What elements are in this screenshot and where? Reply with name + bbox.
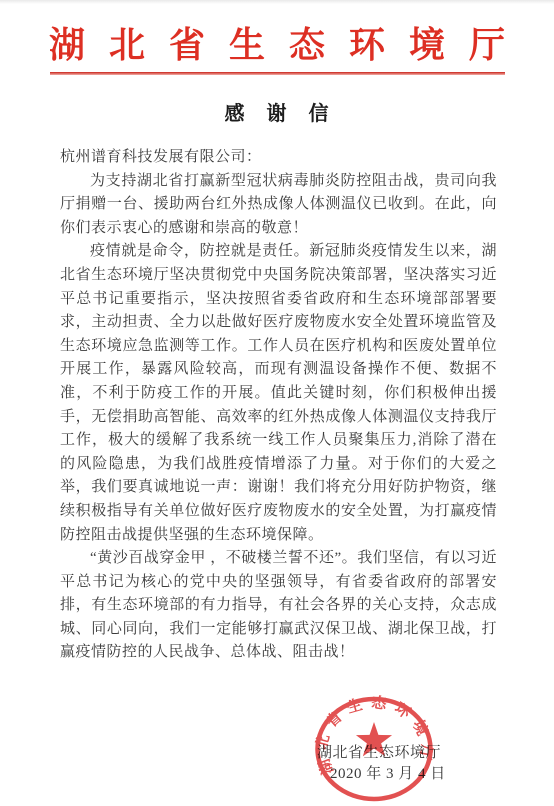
official-seal: 湖北省生态环境厅 [304, 684, 444, 806]
paragraph: “黄沙百战穿金甲 ，不破楼兰誓不还”。我们坚信，有以习近平总书记为核心的党中央的… [60, 547, 497, 665]
paragraph: 疫情就是命令，防控就是责任。新冠肺炎疫情发生以来，湖北省生态环境厅坚决贯彻党中央… [60, 240, 497, 547]
letter-body: 杭州谱育科技发展有限公司： 为支持湖北省打赢新型冠状病毒肺炎防控阻击战，贵司向我… [0, 146, 554, 665]
letterhead-title: 湖北省生态环境厅 [0, 27, 554, 63]
letter-title: 感 谢 信 [0, 104, 554, 124]
letter-page: 湖北省生态环境厅 感 谢 信 杭州谱育科技发展有限公司： 为支持湖北省打赢新型冠… [0, 0, 554, 806]
star-icon [356, 722, 392, 756]
salutation: 杭州谱育科技发展有限公司： [60, 146, 497, 170]
paragraph: 为支持湖北省打赢新型冠状病毒肺炎防控阻击战，贵司向我厅捐赠一台、援助两台红外热成… [60, 170, 497, 241]
letterhead-rule [50, 72, 505, 75]
